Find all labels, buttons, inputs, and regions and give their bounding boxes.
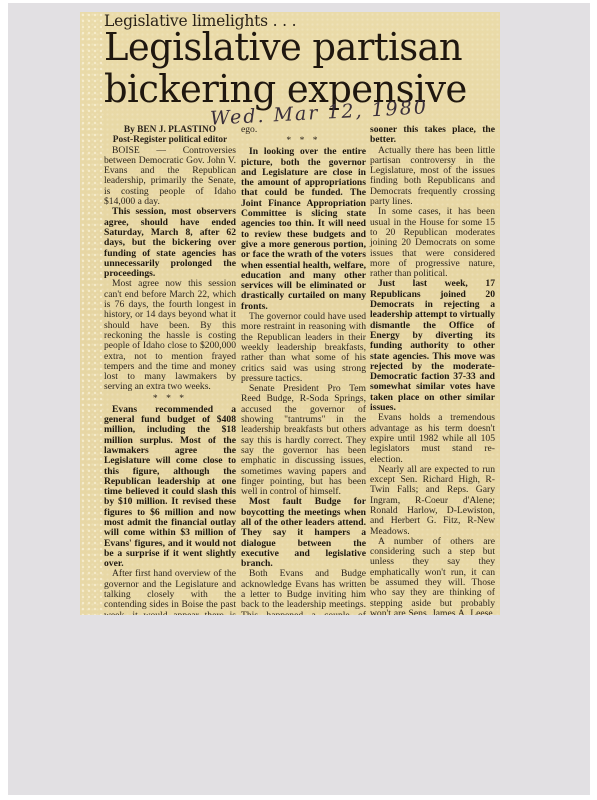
paragraph: Senate President Pro Tem Reed Budge, R-S… bbox=[241, 384, 366, 497]
paragraph: Evans recommended a general fund budget … bbox=[104, 405, 236, 570]
paragraph: Evans holds a tremendous advantage as hi… bbox=[370, 413, 495, 464]
paragraph: ego. bbox=[241, 125, 366, 135]
byline-author: By BEN J. PLASTINO bbox=[104, 125, 236, 135]
perforated-edge bbox=[80, 12, 102, 615]
paragraph: Most fault Budge for boycotting the meet… bbox=[241, 497, 366, 569]
paragraph: sooner this takes place, the better. bbox=[370, 125, 495, 146]
section-separator: * * * bbox=[104, 393, 236, 405]
article-column-3: sooner this takes place, the better. Act… bbox=[370, 125, 495, 615]
paragraph: In some cases, it has been usual in the … bbox=[370, 207, 495, 279]
paragraph: A number of others are considering such … bbox=[370, 537, 495, 615]
paragraph: Most agree now this session can't end be… bbox=[104, 279, 236, 392]
article-column-1: By BEN J. PLASTINO Post-Register politic… bbox=[104, 125, 236, 615]
paragraph: In looking over the entire picture, both… bbox=[241, 147, 366, 312]
paragraph: After first hand overview of the governo… bbox=[104, 569, 236, 615]
paragraph: BOISE — Controversies between Democratic… bbox=[104, 146, 236, 208]
scan-background: Legislative limelights . . . Legislative… bbox=[8, 3, 590, 795]
paragraph: The governor could have used more restra… bbox=[241, 312, 366, 384]
paragraph: Both Evans and Budge acknowledge Evans h… bbox=[241, 569, 366, 615]
newspaper-clipping: Legislative limelights . . . Legislative… bbox=[80, 12, 500, 615]
paragraph: This session, most observers agree, shou… bbox=[104, 207, 236, 279]
paragraph: Nearly all are expected to run except Se… bbox=[370, 465, 495, 537]
paragraph: Actually there has been little partisan … bbox=[370, 146, 495, 208]
article-column-2: ego. * * * In looking over the entire pi… bbox=[241, 125, 366, 615]
paragraph: Just last week, 17 Republicans joined 20… bbox=[370, 279, 495, 413]
